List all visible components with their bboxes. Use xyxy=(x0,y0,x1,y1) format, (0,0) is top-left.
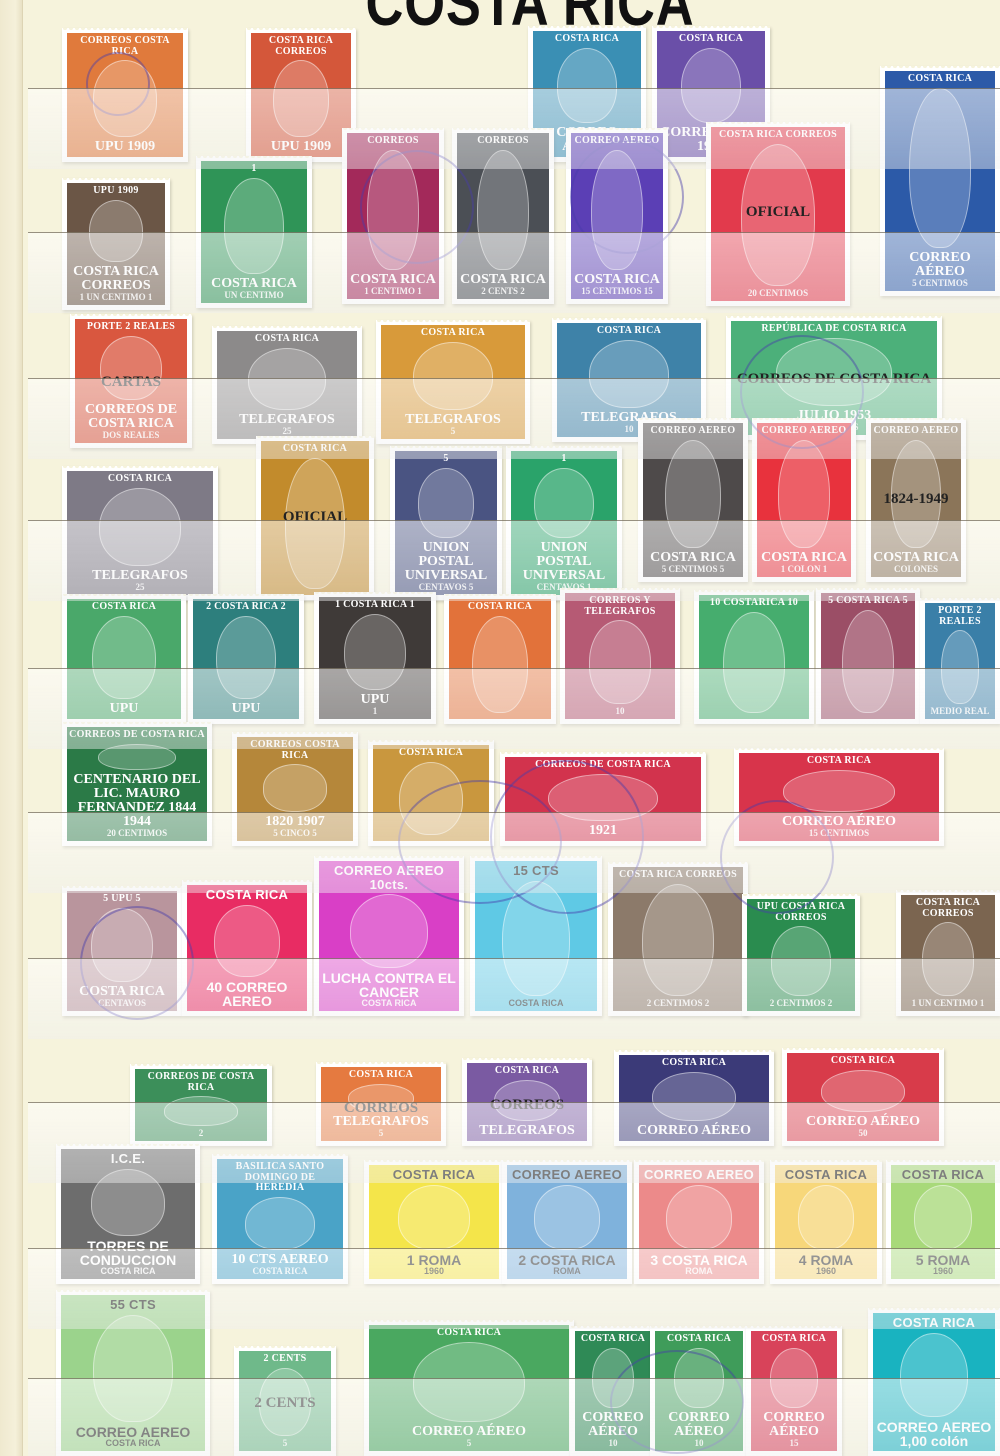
stamp-inscription-top: PORTE 2 REALES xyxy=(927,606,993,627)
stamp-face: COSTA RICACORREO AÉREO10 xyxy=(575,1331,651,1451)
stamp-vignette-icon xyxy=(778,440,830,548)
stamp-face: COSTA RICAUPU xyxy=(67,599,181,719)
stamp-inscription-middle: COSTA RICA xyxy=(574,273,660,287)
stamp-denomination: CENTAVOS xyxy=(98,999,146,1008)
stamp-denomination: DOS REALES xyxy=(103,431,160,440)
stamp-face: CORREOSCOSTA RICA2 CENTS 2 xyxy=(457,133,549,299)
stamp-inscription-middle: UPU xyxy=(361,693,390,707)
stamp-denomination: 1 UN CENTIMO 1 xyxy=(912,999,985,1008)
stamp-overprint: OFICIAL xyxy=(711,204,845,221)
stamp-inscription-middle: CORREOS DE COSTA RICA xyxy=(77,403,185,431)
stamp-vignette-icon xyxy=(909,88,970,248)
stamp-denomination: 10 xyxy=(625,425,634,434)
stamp-costa-rica-r8c3: COSTA RICATELEGRAFOSCORREOS xyxy=(462,1058,592,1146)
stamp-inscription-top: COSTA RICA xyxy=(902,1168,984,1182)
stamp-denomination: 1 CENTIMO 1 xyxy=(364,287,422,296)
stamp-5-r4c3: 5UNION POSTAL UNIVERSALCENTAVOS 5 xyxy=(390,446,502,600)
stamp-5-costa-rica-5-r5c7: 5 COSTA RICA 5 xyxy=(816,588,920,724)
stamp-costa-rica-correos-r7c5: COSTA RICA CORREOS2 CENTIMOS 2 xyxy=(608,862,748,1016)
stamp-overprint: CORREOS DE COSTA RICA xyxy=(731,371,937,388)
stamp-denomination: 5 CENTIMOS xyxy=(912,279,968,288)
stamp-vignette-icon xyxy=(770,1348,818,1408)
stamp-2-costa-rica-2-r5c2: 2 COSTA RICA 2UPU xyxy=(188,594,304,724)
stamp-inscription-top: CORREOS COSTA RICA xyxy=(69,36,181,57)
stamp-inscription-middle: CORREO AÉREO xyxy=(412,1425,526,1439)
stamp-inscription-middle: TORRES DE CONDUCCION xyxy=(63,1239,193,1267)
stamp-vignette-icon xyxy=(477,150,528,270)
stamp-denomination: 20 CENTIMOS xyxy=(748,289,808,298)
stamp-denomination: COSTA RICA xyxy=(106,1439,161,1448)
stamp-inscription-middle: UPU xyxy=(110,702,139,716)
stamp-inscription-middle: CORREO AÉREO xyxy=(887,251,993,279)
stamp-inscription-middle: CORREO AEREO 1,00 colón xyxy=(875,1420,993,1448)
stamp-denomination: 1960 xyxy=(933,1267,953,1276)
stamp-face: COSTA RICATELEGRAFOS5CORREOS xyxy=(321,1067,441,1141)
stamp-vignette-icon xyxy=(589,620,650,704)
stamp-face: UPU 1909COSTA RICA CORREOS1 UN CENTIMO 1 xyxy=(67,183,165,305)
stamp-vignette-icon xyxy=(652,1072,736,1122)
stamp-vignette-icon xyxy=(798,1185,855,1250)
stamp-vignette-icon xyxy=(783,770,895,812)
stamp-correos-y-telegrafos-r5c5: CORREOS Y TELEGRAFOS10 xyxy=(560,588,680,724)
stamp-face: COSTA RICACORREO AÉREO5 CENTIMOS xyxy=(885,71,995,291)
stamp-inscription-middle: COSTA RICA xyxy=(761,551,847,565)
stamp-face: COSTA RICA xyxy=(373,745,489,841)
stamp-vignette-icon xyxy=(89,200,144,262)
stamp-inscription-top: REPÚBLICA DE COSTA RICA xyxy=(761,324,906,335)
stamp-costa-rica-r3c3: COSTA RICATELEGRAFOS5 xyxy=(376,320,530,444)
stamp-denomination: 5 CINCO 5 xyxy=(273,829,317,838)
stamp-inscription-top: COSTA RICA CORREOS xyxy=(719,130,837,141)
stamp-inscription-top: COSTA RICA xyxy=(597,326,661,337)
stamp-inscription-top: 10 COSTARICA 10 xyxy=(710,598,798,609)
stamp-costa-rica-r10c6: COSTA RICACORREO AÉREO15 xyxy=(746,1326,842,1456)
stamp-inscription-top: CORREOS DE COSTA RICA xyxy=(137,1072,265,1093)
stamp-face: CORREOS COSTA RICA1820 19075 CINCO 5 xyxy=(237,737,353,841)
stamp-costa-rica-r1c5: COSTA RICACORREO AÉREO5 CENTIMOS xyxy=(880,66,1000,296)
stamp-inscription-top: COSTA RICA xyxy=(581,1334,645,1345)
stamp-face: COSTA RICA CORREOS20 CENTIMOSOFICIAL xyxy=(711,127,845,301)
stamp-denomination: 2 CENTIMOS 2 xyxy=(647,999,710,1008)
stamp-upu-1909-r2c1: UPU 1909COSTA RICA CORREOS1 UN CENTIMO 1 xyxy=(62,178,170,310)
stamp-denomination: 20 CENTIMOS xyxy=(107,829,167,838)
stamp-denomination: 1 xyxy=(373,707,378,716)
stamp-inscription-top: 1 COSTA RICA 1 xyxy=(335,600,415,611)
stamp-vignette-icon xyxy=(534,1185,601,1250)
stamp-vignette-icon xyxy=(245,1197,315,1250)
stamp-correos-costa-rica-r1c1: CORREOS COSTA RICAUPU 1909 xyxy=(62,28,188,162)
stamp-costa-rica-correos-r7c7: COSTA RICA CORREOS1 UN CENTIMO 1 xyxy=(896,890,1000,1016)
stamp-denomination: MEDIO REAL xyxy=(931,707,990,716)
stamp-vignette-icon xyxy=(367,150,418,270)
stamp-costa-rica-r9c3: COSTA RICA1 ROMA1960 xyxy=(364,1160,504,1284)
stamp-inscription-middle: 10 CTS AEREO xyxy=(231,1253,328,1267)
stamp-inscription-top: 5 COSTA RICA 5 xyxy=(828,596,908,607)
stamp-inscription-top: COSTA RICA xyxy=(831,1056,895,1067)
stamp-inscription-top: COSTA RICA xyxy=(437,1328,501,1339)
stamp-1-costa-rica-1-r5c3: 1 COSTA RICA 1UPU1 xyxy=(314,592,436,724)
stamp-vignette-icon xyxy=(263,764,328,812)
stamp-inscription-top: CORREOS xyxy=(477,136,529,147)
stamp-vignette-icon xyxy=(472,616,529,714)
stamp-inscription-middle: COSTA RICA xyxy=(873,551,959,565)
stamp-costa-rica-r9c6: COSTA RICA4 ROMA1960 xyxy=(770,1160,882,1284)
stamp-inscription-top: COSTA RICA CORREOS xyxy=(903,898,993,919)
stamp-face: COSTA RICACORREO AÉREO xyxy=(619,1055,769,1141)
stamp-costa-rica-r10c4: COSTA RICACORREO AÉREO10 xyxy=(570,1326,656,1456)
stamp-denomination: 15 xyxy=(790,1439,799,1448)
stamp-inscription-middle: 1921 xyxy=(589,824,617,838)
stamp-costa-rica-correos-r1c2: COSTA RICA CORREOSUPU 1909 xyxy=(246,28,356,162)
stamp-face: 1UNION POSTAL UNIVERSALCENTAVOS 1 xyxy=(511,451,617,595)
stamp-vignette-icon xyxy=(248,348,326,410)
stamp-face: COSTA RICA CORREOS2 CENTIMOS 2 xyxy=(613,867,743,1011)
stamp-correos-de-costa-rica-r8c1: CORREOS DE COSTA RICA2 xyxy=(130,1064,272,1146)
stamp-denomination: CENTAVOS 5 xyxy=(419,583,474,592)
stamp-inscription-middle: CORREO AÉREO xyxy=(806,1115,920,1129)
stamp-costa-rica-r6c3: COSTA RICA xyxy=(368,740,494,846)
stamp-vignette-icon xyxy=(273,60,329,137)
stamp-denomination: 1960 xyxy=(424,1267,444,1276)
stamp-correo-aereo-r4c6: CORREO AEREOCOSTA RICA1 COLON 1 xyxy=(752,418,856,582)
stamp-inscription-top: COSTA RICA xyxy=(108,474,172,485)
stamp-inscription-middle: CORREO AÉREO xyxy=(657,1411,741,1439)
stamp-inscription-middle: 40 CORREO AEREO xyxy=(189,980,305,1008)
stamp-vignette-icon xyxy=(900,1333,968,1417)
stamp-face: 15 CTSCOSTA RICA xyxy=(475,861,597,1011)
stamp-face: COSTA RICACORREO AÉREO5 xyxy=(369,1325,569,1451)
stamp-costa-rica-r9c7: COSTA RICA5 ROMA1960 xyxy=(886,1160,1000,1284)
stamp-inscription-top: COSTA RICA xyxy=(785,1168,867,1182)
stamp-costa-rica-r8c4: COSTA RICACORREO AÉREO xyxy=(614,1050,774,1146)
stamp-correo-aereo-r9c5: CORREO AEREO3 COSTA RICAROMA xyxy=(634,1160,764,1284)
stamp-basilica-santo-domingo-de-heredia-r9c2: BASILICA SANTO DOMINGO DE HEREDIA10 CTS … xyxy=(212,1154,348,1284)
stamp-face: CORREO AEREOCOSTA RICA5 CENTIMOS 5 xyxy=(643,423,743,577)
stamp-vignette-icon xyxy=(93,1315,173,1422)
stamp-denomination: 1 UN CENTIMO 1 xyxy=(80,293,153,302)
stamp-1-r4c4: 1UNION POSTAL UNIVERSALCENTAVOS 1 xyxy=(506,446,622,600)
stamp-vignette-icon xyxy=(591,150,642,270)
stamp-face: CORREOS DE COSTA RICA1921 xyxy=(505,757,701,841)
stamp-costa-rica-r3c2: COSTA RICATELEGRAFOS25 xyxy=(212,326,362,444)
stamp-vignette-icon xyxy=(642,884,715,996)
stamp-denomination: 2 xyxy=(199,1129,204,1138)
stamp-inscription-middle: CORREO AÉREO xyxy=(637,1124,751,1138)
stamp-costa-rica-r4c1: COSTA RICATELEGRAFOS25 xyxy=(62,466,218,600)
stamp-correo-aereo-r2c5: CORREO AEREOCOSTA RICA15 CENTIMOS 15 xyxy=(566,128,668,304)
stamp-face: COSTA RICACORREO AEREO 1,00 colón xyxy=(873,1313,995,1451)
stamp-vignette-icon xyxy=(216,616,275,700)
stamp-face: COSTA RICA xyxy=(449,599,551,719)
stamp-10-costarica-10-r5c6: 10 COSTARICA 10 xyxy=(694,590,814,724)
stamp-inscription-top: CORREOS Y TELEGRAFOS xyxy=(567,596,673,617)
stamp-face: COSTA RICACORREO AÉREO50 xyxy=(787,1053,939,1141)
stamp-inscription-top: CORREOS DE COSTA RICA xyxy=(535,760,671,771)
stamp-costa-rica-r5c4: COSTA RICA xyxy=(444,594,556,724)
stamp-denomination: 5 xyxy=(467,1439,472,1448)
stamp-overprint: 1824-1949 xyxy=(871,491,961,508)
stamp-vignette-icon xyxy=(592,1348,634,1408)
stamp-inscription-top: CORREO AEREO xyxy=(761,426,846,437)
stamp-denomination: 50 xyxy=(859,1129,868,1138)
stamp-correo-aereo-r9c4: CORREO AEREO2 COSTA RICAROMA xyxy=(502,1160,632,1284)
stamp-inscription-middle: COSTA RICA xyxy=(650,551,736,565)
stamp-inscription-top: COSTA RICA xyxy=(893,1316,975,1330)
stamp-costa-rica-r10c5: COSTA RICACORREO AÉREO10 xyxy=(650,1326,748,1456)
stamp-face: CORREO AEREOCOSTA RICACOLONES1824-1949 xyxy=(871,423,961,577)
stamp-costa-rica-r8c5: COSTA RICACORREO AÉREO50 xyxy=(782,1048,944,1146)
stamp-inscription-top: 15 CTS xyxy=(513,864,559,878)
stamp-face: CORREO AEREO3 COSTA RICAROMA xyxy=(639,1165,759,1279)
stamp-vignette-icon xyxy=(922,922,974,996)
stamp-inscription-top: CORREO AEREO xyxy=(644,1168,754,1182)
stamp-inscription-top: UPU 1909 xyxy=(93,186,138,197)
stamp-inscription-top: 1 xyxy=(561,454,566,465)
stamp-inscription-middle: 4 ROMA xyxy=(799,1253,853,1267)
stamp-inscription-top: COSTA RICA xyxy=(807,756,871,767)
stamp-denomination: 5 xyxy=(283,1439,288,1448)
stamp-inscription-middle: 5 ROMA xyxy=(916,1253,970,1267)
stamp-denomination: 5 xyxy=(379,1129,384,1138)
stamp-inscription-top: COSTA RICA xyxy=(908,74,972,85)
stamp-inscription-middle: LUCHA CONTRA EL CANCER xyxy=(321,971,457,999)
stamp-vignette-icon xyxy=(534,468,593,538)
stamp-inscription-middle: CORREO AÉREO xyxy=(782,815,896,829)
stamp-inscription-middle: CORREO AÉREO xyxy=(577,1411,649,1439)
stamp-correos-costa-rica-r6c2: CORREOS COSTA RICA1820 19075 CINCO 5 xyxy=(232,732,358,846)
stamp-55-cts-r10c1: 55 CTSCORREO AEREOCOSTA RICA xyxy=(56,1290,210,1456)
stamp-inscription-top: COSTA RICA xyxy=(206,888,288,902)
stamp-2-cents-r10c2: 2 CENTS52 CENTS xyxy=(234,1346,336,1456)
stamp-vignette-icon xyxy=(93,60,158,137)
stamp-face: CORREOS COSTA RICAUPU 1909 xyxy=(67,33,183,157)
stamp-face: CORREOS Y TELEGRAFOS10 xyxy=(565,593,675,719)
stamp-face: 1 COSTA RICA 1UPU1 xyxy=(319,597,431,719)
stamp-face: COSTA RICACORREO AÉREO10 xyxy=(655,1331,743,1451)
stamp-face: COSTA RICA5 ROMA1960 xyxy=(891,1165,995,1279)
stamp-face: 2 CENTS52 CENTS xyxy=(239,1351,331,1451)
stamp-denomination: 25 xyxy=(136,583,145,592)
stamp-inscription-top: COSTA RICA CORREOS xyxy=(619,870,737,881)
stamp-vignette-icon xyxy=(771,926,831,996)
stamp-15-cts-r7c4: 15 CTSCOSTA RICA xyxy=(470,856,602,1016)
stamp-inscription-middle: 3 COSTA RICA xyxy=(650,1253,747,1267)
stamp-costa-rica-correos-r2c6: COSTA RICA CORREOS20 CENTIMOSOFICIAL xyxy=(706,122,850,306)
stamp-porte-2-reales-r5c8: PORTE 2 REALESMEDIO REAL xyxy=(920,598,1000,724)
stamp-inscription-middle: TELEGRAFOS xyxy=(92,569,188,583)
stamp-face: COSTA RICATELEGRAFOS25 xyxy=(217,331,357,439)
stamp-overprint: 2 CENTS xyxy=(239,1395,331,1412)
stamp-vignette-icon xyxy=(350,894,428,967)
stamp-vignette-icon xyxy=(723,612,784,714)
stamp-face: CORREOSCOSTA RICA1 CENTIMO 1 xyxy=(347,133,439,299)
stamp-face: I.C.E.TORRES DE CONDUCCIONCOSTA RICA xyxy=(61,1149,195,1279)
stamp-vignette-icon xyxy=(821,1070,906,1112)
stamp-denomination: COSTA RICA xyxy=(362,999,417,1008)
stamp-vignette-icon xyxy=(502,881,570,996)
stamp-denomination: 15 CENTIMOS 15 xyxy=(581,287,653,296)
stamp-inscription-top: COSTA RICA xyxy=(667,1334,731,1345)
stamp-inscription-top: CORREO AEREO xyxy=(512,1168,622,1182)
stamp-face: CORREOS DE COSTA RICA2 xyxy=(135,1069,267,1141)
stamp-face: 55 CTSCORREO AEREOCOSTA RICA xyxy=(61,1295,205,1451)
stamp-inscription-top: 2 COSTA RICA 2 xyxy=(206,602,286,613)
stamp-vignette-icon xyxy=(214,905,281,977)
stamp-denomination: COSTA RICA xyxy=(101,1267,156,1276)
stamp-inscription-middle: UPU 1909 xyxy=(95,140,155,154)
stamp-face: COSTA RICA1 ROMA1960 xyxy=(369,1165,499,1279)
stamp-costa-rica-r8c2: COSTA RICATELEGRAFOS5CORREOS xyxy=(316,1062,446,1146)
album-binding xyxy=(0,0,23,1456)
stamp-inscription-middle: COSTA RICA xyxy=(350,273,436,287)
stamp-face: CORREO AEREO 10cts.LUCHA CONTRA EL CANCE… xyxy=(319,861,459,1011)
stamp-face: CORREO AEREOCOSTA RICA1 COLON 1 xyxy=(757,423,851,577)
stamp-inscription-middle: COSTA RICA xyxy=(211,277,297,291)
stamp-vignette-icon xyxy=(224,178,283,274)
stamp-face: CORREOS DE COSTA RICACENTENARIO DEL LIC.… xyxy=(67,727,207,841)
stamp-face: CORREO AEREOCOSTA RICA15 CENTIMOS 15 xyxy=(571,133,663,299)
stamp-face: COSTA RICA4 ROMA1960 xyxy=(775,1165,877,1279)
stamp-vignette-icon xyxy=(557,48,617,124)
stamp-face: 5 COSTA RICA 5 xyxy=(821,593,915,719)
stamp-vignette-icon xyxy=(91,908,152,982)
stamp-inscription-top: COSTA RICA xyxy=(92,602,156,613)
stamp-denomination: 5 CENTIMOS 5 xyxy=(662,565,725,574)
stamp-inscription-top: COSTA RICA xyxy=(495,1066,559,1077)
stamp-correos-r2c4: CORREOSCOSTA RICA2 CENTS 2 xyxy=(452,128,554,304)
stamp-vignette-icon xyxy=(418,468,475,538)
stamp-vignette-icon xyxy=(681,48,741,124)
stamp-denomination: COSTA RICA xyxy=(509,999,564,1008)
stamp-inscription-top: UPU COSTA RICA CORREOS xyxy=(749,902,853,923)
stamp-denomination: 10 xyxy=(616,707,625,716)
stamp-denomination: 15 CENTIMOS xyxy=(809,829,869,838)
stamp-costa-rica-r4c2: COSTA RICAOFICIAL xyxy=(256,436,374,600)
stamp-inscription-middle: COSTA RICA xyxy=(460,273,546,287)
stamp-denomination: 5 xyxy=(451,427,456,436)
stamp-album-page: COSTA RICA CORREOS COSTA RICAUPU 1909COS… xyxy=(0,0,1000,1456)
stamp-porte-2-reales-r3c1: PORTE 2 REALESCORREOS DE COSTA RICADOS R… xyxy=(70,314,192,448)
stamp-denomination: 10 xyxy=(695,1439,704,1448)
stamp-inscription-middle: COSTA RICA xyxy=(79,985,165,999)
stamp-inscription-top: CORREOS DE COSTA RICA xyxy=(69,730,205,741)
stamp-face: CORREO AEREO2 COSTA RICAROMA xyxy=(507,1165,627,1279)
stamp-inscription-top: CORREOS COSTA RICA xyxy=(239,740,351,761)
stamp-vignette-icon xyxy=(548,774,658,822)
stamp-inscription-middle: 1 ROMA xyxy=(407,1253,461,1267)
stamp-inscription-middle: UPU xyxy=(232,702,261,716)
stamp-inscription-top: COSTA RICA xyxy=(662,1058,726,1069)
stamp-face: COSTA RICACORREO AÉREO15 CENTIMOS xyxy=(739,753,939,841)
stamp-inscription-top: COSTA RICA xyxy=(421,328,485,339)
stamp-denomination: 1 COLON 1 xyxy=(781,565,828,574)
stamp-overprint: CORREOS xyxy=(321,1100,441,1117)
stamp-vignette-icon xyxy=(674,1348,723,1408)
stamp-overprint: CORREOS xyxy=(467,1097,587,1114)
stamp-inscription-middle: UNION POSTAL UNIVERSAL xyxy=(397,541,495,583)
stamp-inscription-top: COSTA RICA xyxy=(255,334,319,345)
stamp-denomination: ROMA xyxy=(553,1267,581,1276)
stamp-denomination: UN CENTIMO xyxy=(224,291,283,300)
stamp-correos-r2c3: CORREOSCOSTA RICA1 CENTIMO 1 xyxy=(342,128,444,304)
stamp-denomination: ROMA xyxy=(685,1267,713,1276)
stamp-inscription-middle: TELEGRAFOS xyxy=(405,413,501,427)
stamp-inscription-middle: TELEGRAFOS xyxy=(479,1124,575,1138)
stamp-costa-rica-r7c2: COSTA RICA40 CORREO AEREO xyxy=(182,880,312,1016)
stamp-inscription-top: 5 UPU 5 xyxy=(103,894,141,905)
stamp-inscription-top: COSTA RICA xyxy=(679,34,743,45)
stamp-denomination: COLONES xyxy=(894,565,938,574)
stamp-vignette-icon xyxy=(666,1185,733,1250)
stamp-denomination: 1960 xyxy=(816,1267,836,1276)
stamp-inscription-top: CORREO AEREO xyxy=(873,426,958,437)
stamp-vignette-icon xyxy=(413,1342,525,1422)
stamp-inscription-top: COSTA RICA xyxy=(762,1334,826,1345)
stamp-vignette-icon xyxy=(99,488,181,566)
stamp-face: 1COSTA RICAUN CENTIMO xyxy=(201,161,307,303)
stamp-costa-rica-r10c7: COSTA RICACORREO AEREO 1,00 colón xyxy=(868,1308,1000,1456)
stamp-face: COSTA RICATELEGRAFOSCORREOS xyxy=(467,1063,587,1141)
stamp-inscription-middle: CENTENARIO DEL LIC. MAURO FERNANDEZ 1844… xyxy=(69,773,205,829)
stamp-vignette-icon xyxy=(413,342,493,410)
stamp-denomination: 25 xyxy=(283,427,292,436)
stamp-face: 5 UPU 5COSTA RICACENTAVOS xyxy=(67,891,177,1011)
stamp-inscription-top: 2 CENTS xyxy=(264,1354,307,1365)
stamp-5-upu-5-r7c1: 5 UPU 5COSTA RICACENTAVOS xyxy=(62,886,182,1016)
stamp-inscription-top: CORREO AEREO xyxy=(650,426,735,437)
stamp-inscription-top: 5 xyxy=(443,454,448,465)
stamp-face: 10 COSTARICA 10 xyxy=(699,595,809,719)
stamp-inscription-middle: TELEGRAFOS xyxy=(333,1115,429,1129)
stamp-face: COSTA RICAOFICIAL xyxy=(261,441,369,595)
stamp-vignette-icon xyxy=(92,616,156,700)
stamp-face: PORTE 2 REALESCORREOS DE COSTA RICADOS R… xyxy=(75,319,187,443)
stamp-vignette-icon xyxy=(98,744,176,770)
stamp-correos-de-costa-rica-r6c4: CORREOS DE COSTA RICA1921 xyxy=(500,752,706,846)
stamp-inscription-middle: TELEGRAFOS xyxy=(239,413,335,427)
stamp-vignette-icon xyxy=(399,762,464,836)
stamp-inscription-middle: 2 COSTA RICA xyxy=(518,1253,615,1267)
stamp-inscription-top: PORTE 2 REALES xyxy=(87,322,175,333)
stamp-vignette-icon xyxy=(589,340,669,408)
stamp-inscription-top: CORREO AEREO 10cts. xyxy=(321,864,457,891)
stamp-correos-de-costa-rica-r6c1: CORREOS DE COSTA RICACENTENARIO DEL LIC.… xyxy=(62,722,212,846)
stamp-face: PORTE 2 REALESMEDIO REAL xyxy=(925,603,995,719)
stamp-inscription-top: COSTA RICA xyxy=(399,748,463,759)
stamp-inscription-top: 1 xyxy=(251,164,256,175)
stamp-inscription-top: COSTA RICA xyxy=(283,444,347,455)
stamp-vignette-icon xyxy=(665,440,721,548)
stamp-inscription-top: COSTA RICA xyxy=(468,602,532,613)
stamp-costa-rica-r10c3: COSTA RICACORREO AÉREO5 xyxy=(364,1320,574,1456)
stamp-inscription-middle: UPU 1909 xyxy=(271,140,331,154)
stamp-costa-rica-r6c5: COSTA RICACORREO AÉREO15 CENTIMOS xyxy=(734,748,944,846)
stamp-overprint: CARTAS xyxy=(75,374,187,391)
stamp-face: COSTA RICA CORREOSUPU 1909 xyxy=(251,33,351,157)
stamp-vignette-icon xyxy=(941,630,980,704)
stamp-face: COSTA RICATELEGRAFOS5 xyxy=(381,325,525,439)
stamp-inscription-top: COSTA RICA xyxy=(349,1070,413,1081)
stamp-vignette-icon xyxy=(914,1185,972,1250)
stamp-denomination: 10 xyxy=(609,1439,618,1448)
stamp-inscription-top: BASILICA SANTO DOMINGO DE HEREDIA xyxy=(219,1162,341,1194)
stamp-inscription-top: CORREO AEREO xyxy=(574,136,659,147)
stamp-inscription-top: CORREOS xyxy=(367,136,419,147)
stamp-vignette-icon xyxy=(91,1169,166,1236)
stamp-correo-aereo-10cts-r7c3: CORREO AEREO 10cts.LUCHA CONTRA EL CANCE… xyxy=(314,856,464,1016)
stamp-face: BASILICA SANTO DOMINGO DE HEREDIA10 CTS … xyxy=(217,1159,343,1279)
stamp-face: COSTA RICA CORREOS1 UN CENTIMO 1 xyxy=(901,895,995,1011)
